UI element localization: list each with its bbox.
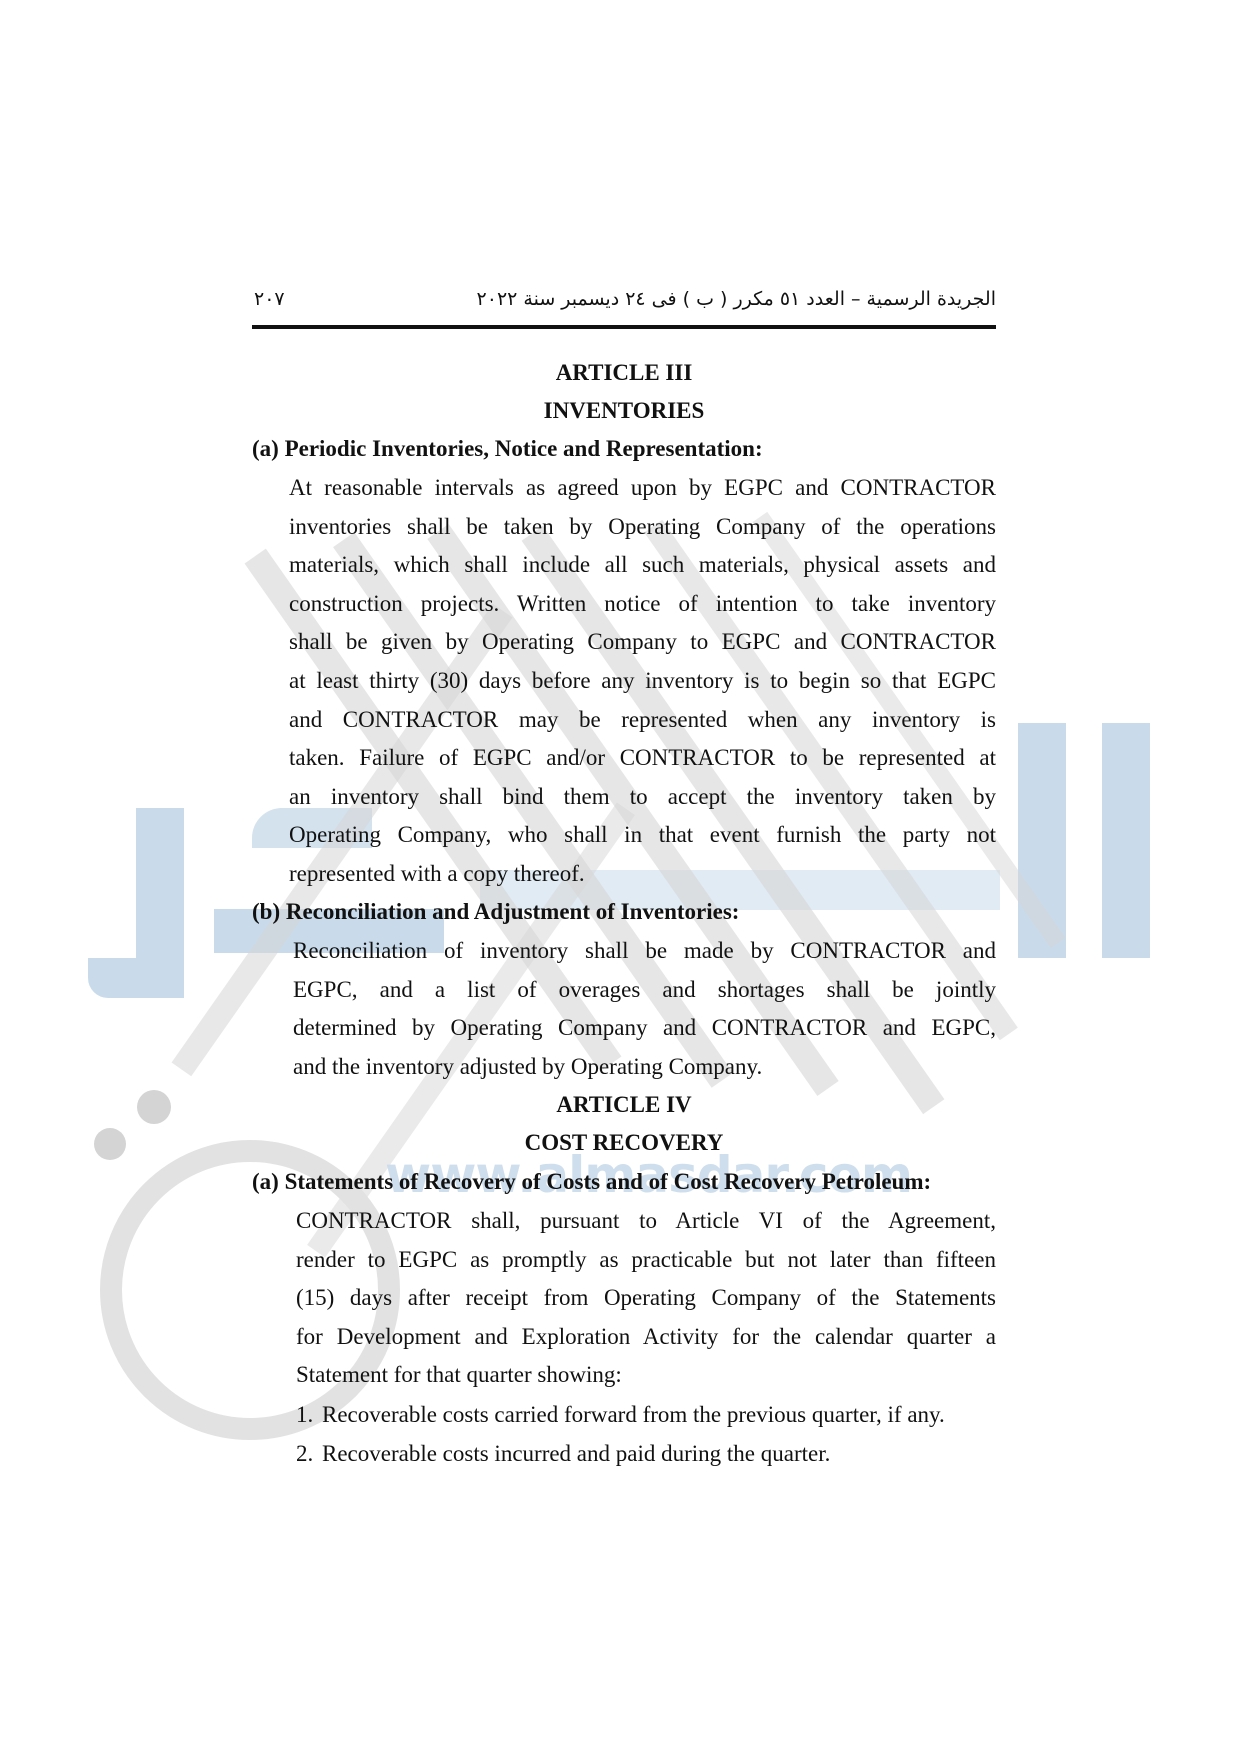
paragraph-line: determined by Operating Company and CONT… (293, 1013, 996, 1043)
paragraph-line: (15) days after receipt from Operating C… (296, 1283, 996, 1313)
page-number: ٢٠٧ (254, 288, 285, 310)
watermark-dot (94, 1128, 126, 1160)
gazette-title: الجريدة الرسمية – العدد ٥١ مكرر ( ب ) فى… (477, 288, 996, 310)
watermark-logo-stroke (1102, 723, 1150, 958)
paragraph-line: EGPC, and a list of overages and shortag… (293, 975, 996, 1005)
paragraph-line: materials, which shall include all such … (289, 550, 996, 580)
paragraph-line: and the inventory adjusted by Operating … (293, 1052, 996, 1082)
paragraph-line: for Development and Exploration Activity… (296, 1322, 996, 1352)
header-rule (252, 325, 996, 329)
paragraph-line: inventories shall be taken by Operating … (289, 512, 996, 542)
paragraph-line: Statement for that quarter showing: (296, 1360, 996, 1390)
paragraph-line: At reasonable intervals as agreed upon b… (289, 473, 996, 503)
article-3-number: ARTICLE III (252, 358, 996, 388)
article-4-number: ARTICLE IV (252, 1090, 996, 1120)
article-3-section-a-heading: (a) Periodic Inventories, Notice and Rep… (252, 434, 996, 464)
paragraph-line: and CONTRACTOR may be represented when a… (289, 705, 996, 735)
list-item: 1.Recoverable costs carried forward from… (296, 1400, 996, 1430)
watermark-logo-stroke (136, 808, 184, 958)
list-item-number: 2. (296, 1439, 322, 1469)
article-4-title: COST RECOVERY (252, 1128, 996, 1158)
list-item-number: 1. (296, 1400, 322, 1430)
list-item-text: Recoverable costs carried forward from t… (322, 1402, 945, 1427)
gazette-header: الجريدة الرسمية – العدد ٥١ مكرر ( ب ) فى… (252, 282, 996, 318)
paragraph-line: at least thirty (30) days before any inv… (289, 666, 996, 696)
article-3-title: INVENTORIES (252, 396, 996, 426)
watermark-logo-stroke (1018, 723, 1066, 958)
paragraph-line: an inventory shall bind them to accept t… (289, 782, 996, 812)
paragraph-line: construction projects. Written notice of… (289, 589, 996, 619)
list-item-text: Recoverable costs incurred and paid duri… (322, 1441, 830, 1466)
list-item: 2.Recoverable costs incurred and paid du… (296, 1439, 996, 1469)
watermark-logo-stroke (88, 958, 184, 998)
paragraph-line: Operating Company, who shall in that eve… (289, 820, 996, 850)
paragraph-line: render to EGPC as promptly as practicabl… (296, 1245, 996, 1275)
paragraph-line: taken. Failure of EGPC and/or CONTRACTOR… (289, 743, 996, 773)
article-3-section-b-heading: (b) Reconciliation and Adjustment of Inv… (252, 897, 996, 927)
paragraph-line: represented with a copy thereof. (289, 859, 996, 889)
paragraph-line: Reconciliation of inventory shall be mad… (293, 936, 996, 966)
watermark-dot (137, 1090, 171, 1124)
paragraph-line: shall be given by Operating Company to E… (289, 627, 996, 657)
article-4-section-a-heading: (a) Statements of Recovery of Costs and … (252, 1167, 996, 1197)
paragraph-line: CONTRACTOR shall, pursuant to Article VI… (296, 1206, 996, 1236)
